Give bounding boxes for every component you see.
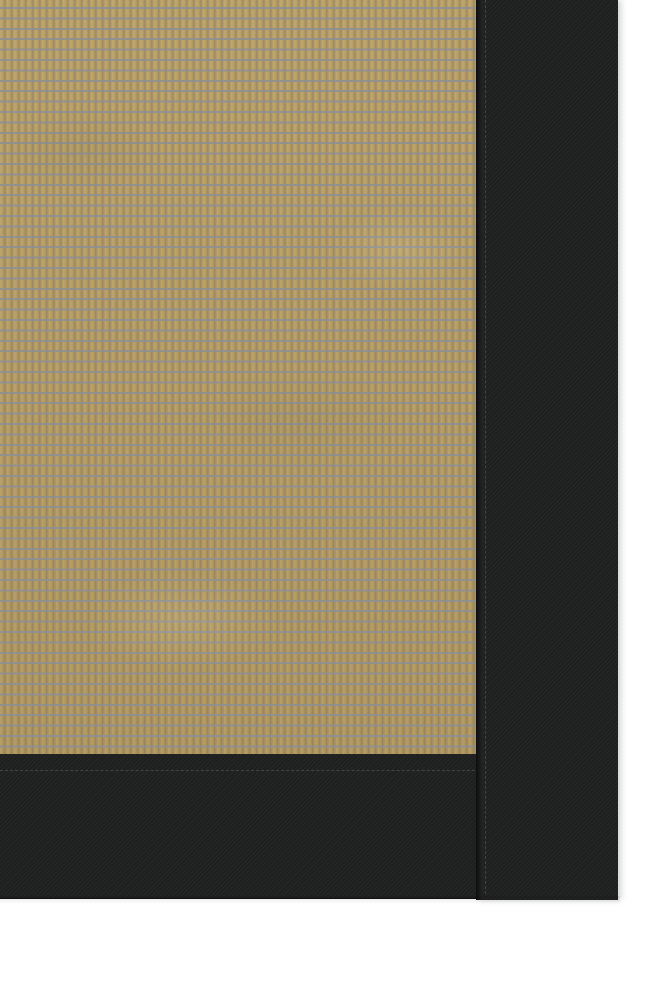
weave-color-variation [0, 0, 482, 756]
rug-corner-photo: Beige and tan looped weave with grey war… [0, 0, 667, 1000]
bottom-binding-stitch-line [0, 770, 500, 771]
right-black-binding [476, 0, 618, 900]
right-binding-stitch-line [485, 0, 486, 894]
right-binding-fold-edge [477, 0, 483, 900]
bottom-black-binding [0, 754, 500, 899]
rug-drop-shadow [0, 896, 620, 904]
